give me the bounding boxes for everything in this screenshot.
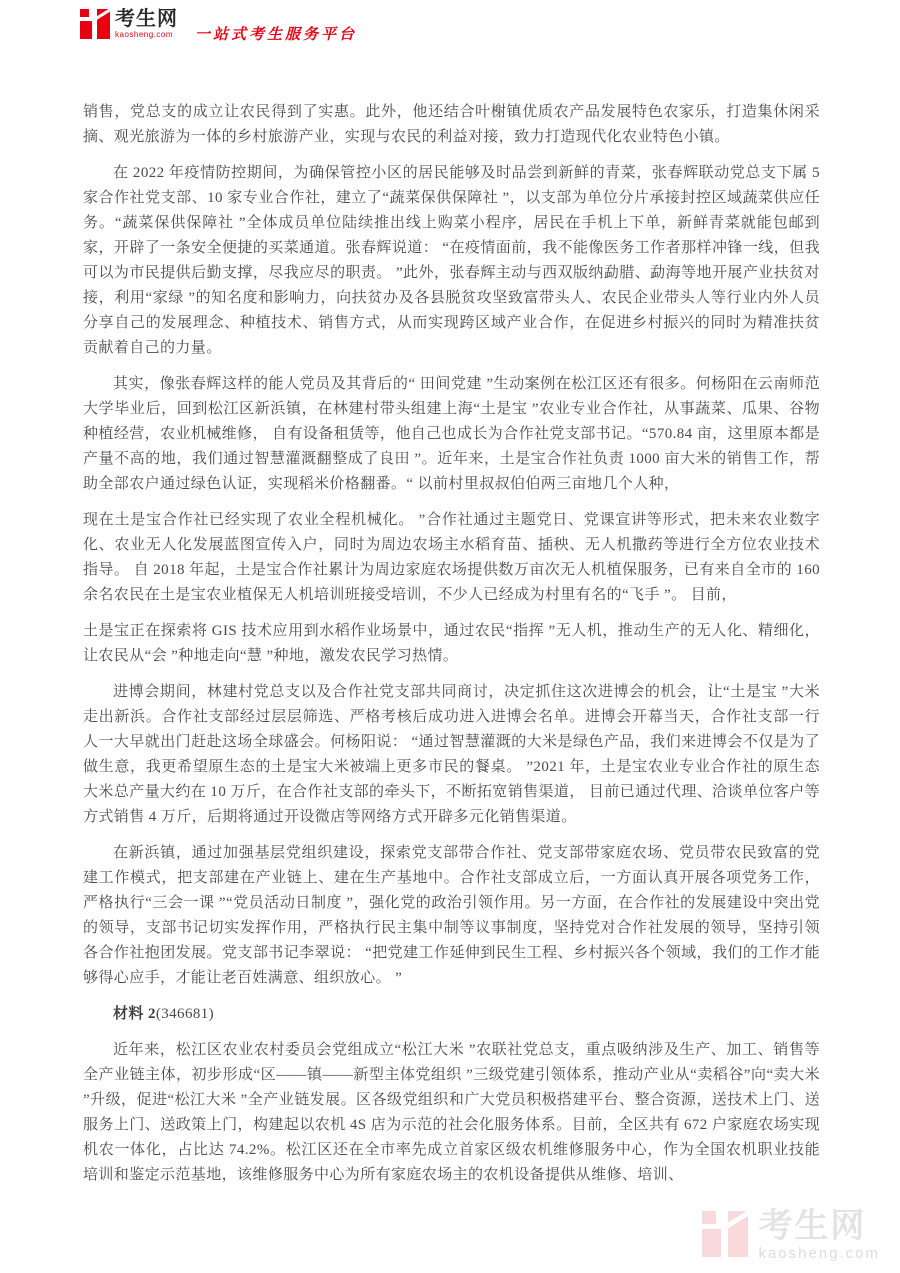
watermark: 考生网 kaosheng.com bbox=[702, 1209, 880, 1261]
kaosheng-watermark-icon bbox=[702, 1211, 748, 1257]
paragraph-8: 近年来，松江区农业农村委员会党组成立“松江大米 ”农联社党总支，重点吸纳涉及生产… bbox=[83, 1038, 820, 1188]
logo-block-top-left bbox=[80, 9, 89, 17]
watermark-block-top-left bbox=[702, 1211, 716, 1224]
material-label: 材料 2 bbox=[113, 1006, 156, 1022]
paragraph-6: 进博会期间，林建村党总支以及合作社党支部共同商讨，决定抓住这次进博会的机会，让“… bbox=[83, 680, 820, 830]
watermark-block-bottom-left bbox=[702, 1229, 720, 1257]
paragraph-1: 销售，党总支的成立让农民得到了实惠。此外，他还结合叶榭镇优质农产品发展特色农家乐… bbox=[83, 100, 820, 150]
logo-block-bottom-left bbox=[80, 21, 92, 39]
header-tagline: 一站式考生服务平台 bbox=[195, 23, 357, 44]
material-number: (346681) bbox=[156, 1006, 214, 1022]
paragraph-2: 在 2022 年疫情防控期间，为确保管控小区的居民能够及时品尝到新鲜的青菜，张春… bbox=[83, 161, 820, 361]
brand-domain: kaosheng.com bbox=[115, 31, 178, 39]
kaosheng-logo-icon bbox=[80, 9, 110, 39]
material-2-heading: 材料 2(346681) bbox=[83, 1002, 820, 1027]
paragraph-7: 在新浜镇，通过加强基层党组织建设，探索党支部带合作社、党支部带家庭农场、党员带农… bbox=[83, 841, 820, 991]
document-body: 销售，党总支的成立让农民得到了实惠。此外，他还结合叶榭镇优质农产品发展特色农家乐… bbox=[83, 100, 820, 1199]
document-page: 考生网 kaosheng.com 一站式考生服务平台 销售，党总支的成立让农民得… bbox=[0, 0, 900, 1273]
brand-name: 考生网 bbox=[115, 9, 178, 29]
watermark-text-block: 考生网 kaosheng.com bbox=[758, 1209, 880, 1261]
paragraph-3: 其实，像张春辉这样的能人党员及其背后的“ 田间党建 ”生动案例在松江区还有很多。… bbox=[83, 372, 820, 497]
watermark-brand-domain: kaosheng.com bbox=[758, 1246, 880, 1261]
logo-text-block: 考生网 kaosheng.com bbox=[115, 9, 178, 39]
kaosheng-logo[interactable]: 考生网 kaosheng.com bbox=[80, 9, 178, 39]
paragraph-4: 现在土是宝合作社已经实现了农业全程机械化。 ”合作社通过主题党日、党课宣讲等形式… bbox=[83, 508, 820, 608]
site-header: 考生网 kaosheng.com 一站式考生服务平台 bbox=[80, 9, 357, 44]
watermark-brand-name: 考生网 bbox=[758, 1209, 880, 1243]
paragraph-5: 土是宝正在探索将 GIS 技术应用到水稻作业场景中，通过农民“指挥 ”无人机，推… bbox=[83, 619, 820, 669]
